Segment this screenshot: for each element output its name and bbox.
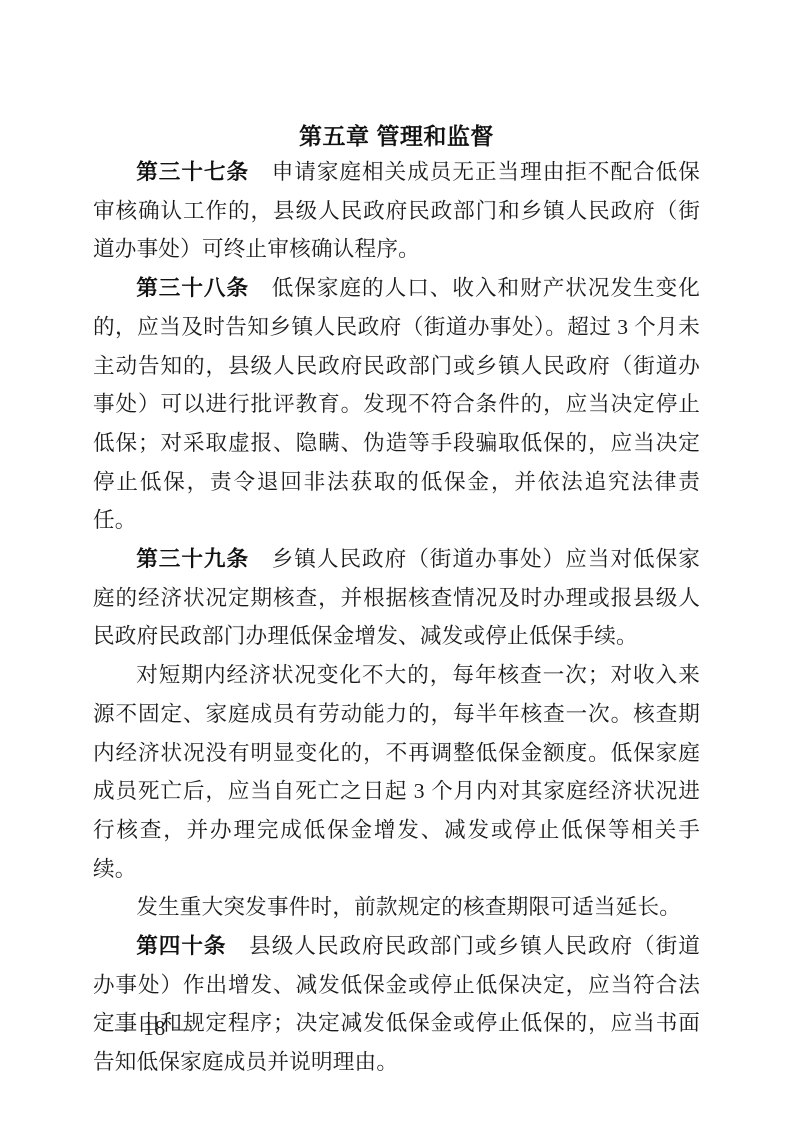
document-body: 第三十七条申请家庭相关成员无正当理由拒不配合低保审核确认工作的，县级人民政府民政… <box>93 153 700 1082</box>
paragraph-article-39: 第三十九条乡镇人民政府（街道办事处）应当对低保家庭的经济状况定期核查，并根据核查… <box>93 540 700 656</box>
page-number: — 18 — <box>115 1012 195 1044</box>
article-number: 第四十条 <box>136 933 249 958</box>
paragraph-article-38: 第三十八条低保家庭的人口、收入和财产状况发生变化的，应当及时告知乡镇人民政府（街… <box>93 269 700 540</box>
paragraph-text: 发生重大突发事件时，前款规定的核查期限可适当延长。 <box>136 895 681 919</box>
paragraph-text: 对短期内经济状况变化不大的，每年核查一次；对收入来源不固定、家庭成员有劳动能力的… <box>93 663 700 881</box>
paragraph-text: 低保家庭的人口、收入和财产状况发生变化的，应当及时告知乡镇人民政府（街道办事处）… <box>93 276 700 532</box>
article-number: 第三十九条 <box>136 546 272 571</box>
article-number: 第三十七条 <box>136 159 272 184</box>
paragraph-article-40: 第四十条县级人民政府民政部门或乡镇人民政府（街道办事处）作出增发、减发低保金或停… <box>93 927 700 1082</box>
document-page: 第五章 管理和监督 第三十七条申请家庭相关成员无正当理由拒不配合低保审核确认工作… <box>0 0 794 1123</box>
paragraph-review-frequency: 对短期内经济状况变化不大的，每年核查一次；对收入来源不固定、家庭成员有劳动能力的… <box>93 656 700 888</box>
article-number: 第三十八条 <box>136 275 272 300</box>
paragraph-emergency-extension: 发生重大突发事件时，前款规定的核查期限可适当延长。 <box>93 888 700 927</box>
paragraph-article-37: 第三十七条申请家庭相关成员无正当理由拒不配合低保审核确认工作的，县级人民政府民政… <box>93 153 700 269</box>
chapter-title: 第五章 管理和监督 <box>93 121 700 151</box>
